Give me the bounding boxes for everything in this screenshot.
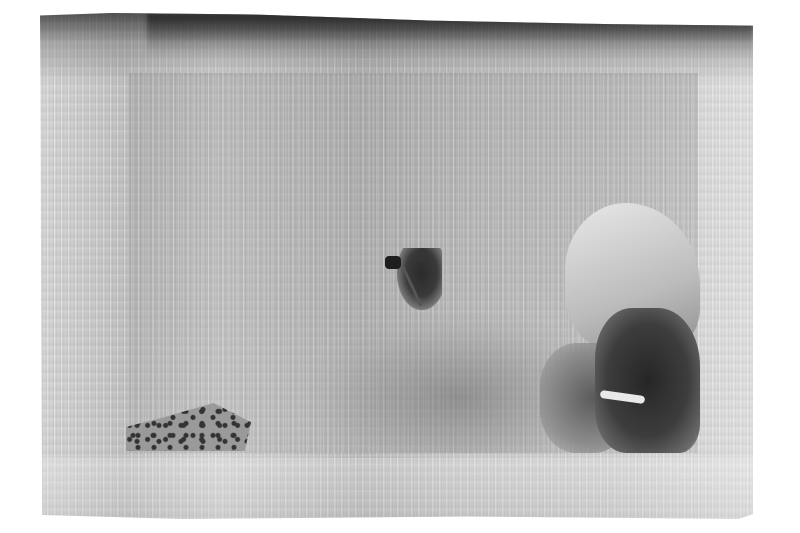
figure-head (417, 248, 428, 262)
photographer-figure (397, 248, 442, 310)
bottom-paper-band (40, 458, 753, 519)
tripod (401, 265, 422, 306)
artwork-sheet (40, 13, 753, 519)
right-rock-dark (595, 308, 700, 453)
dark-top-edge (147, 13, 753, 58)
camera-icon (385, 256, 401, 269)
